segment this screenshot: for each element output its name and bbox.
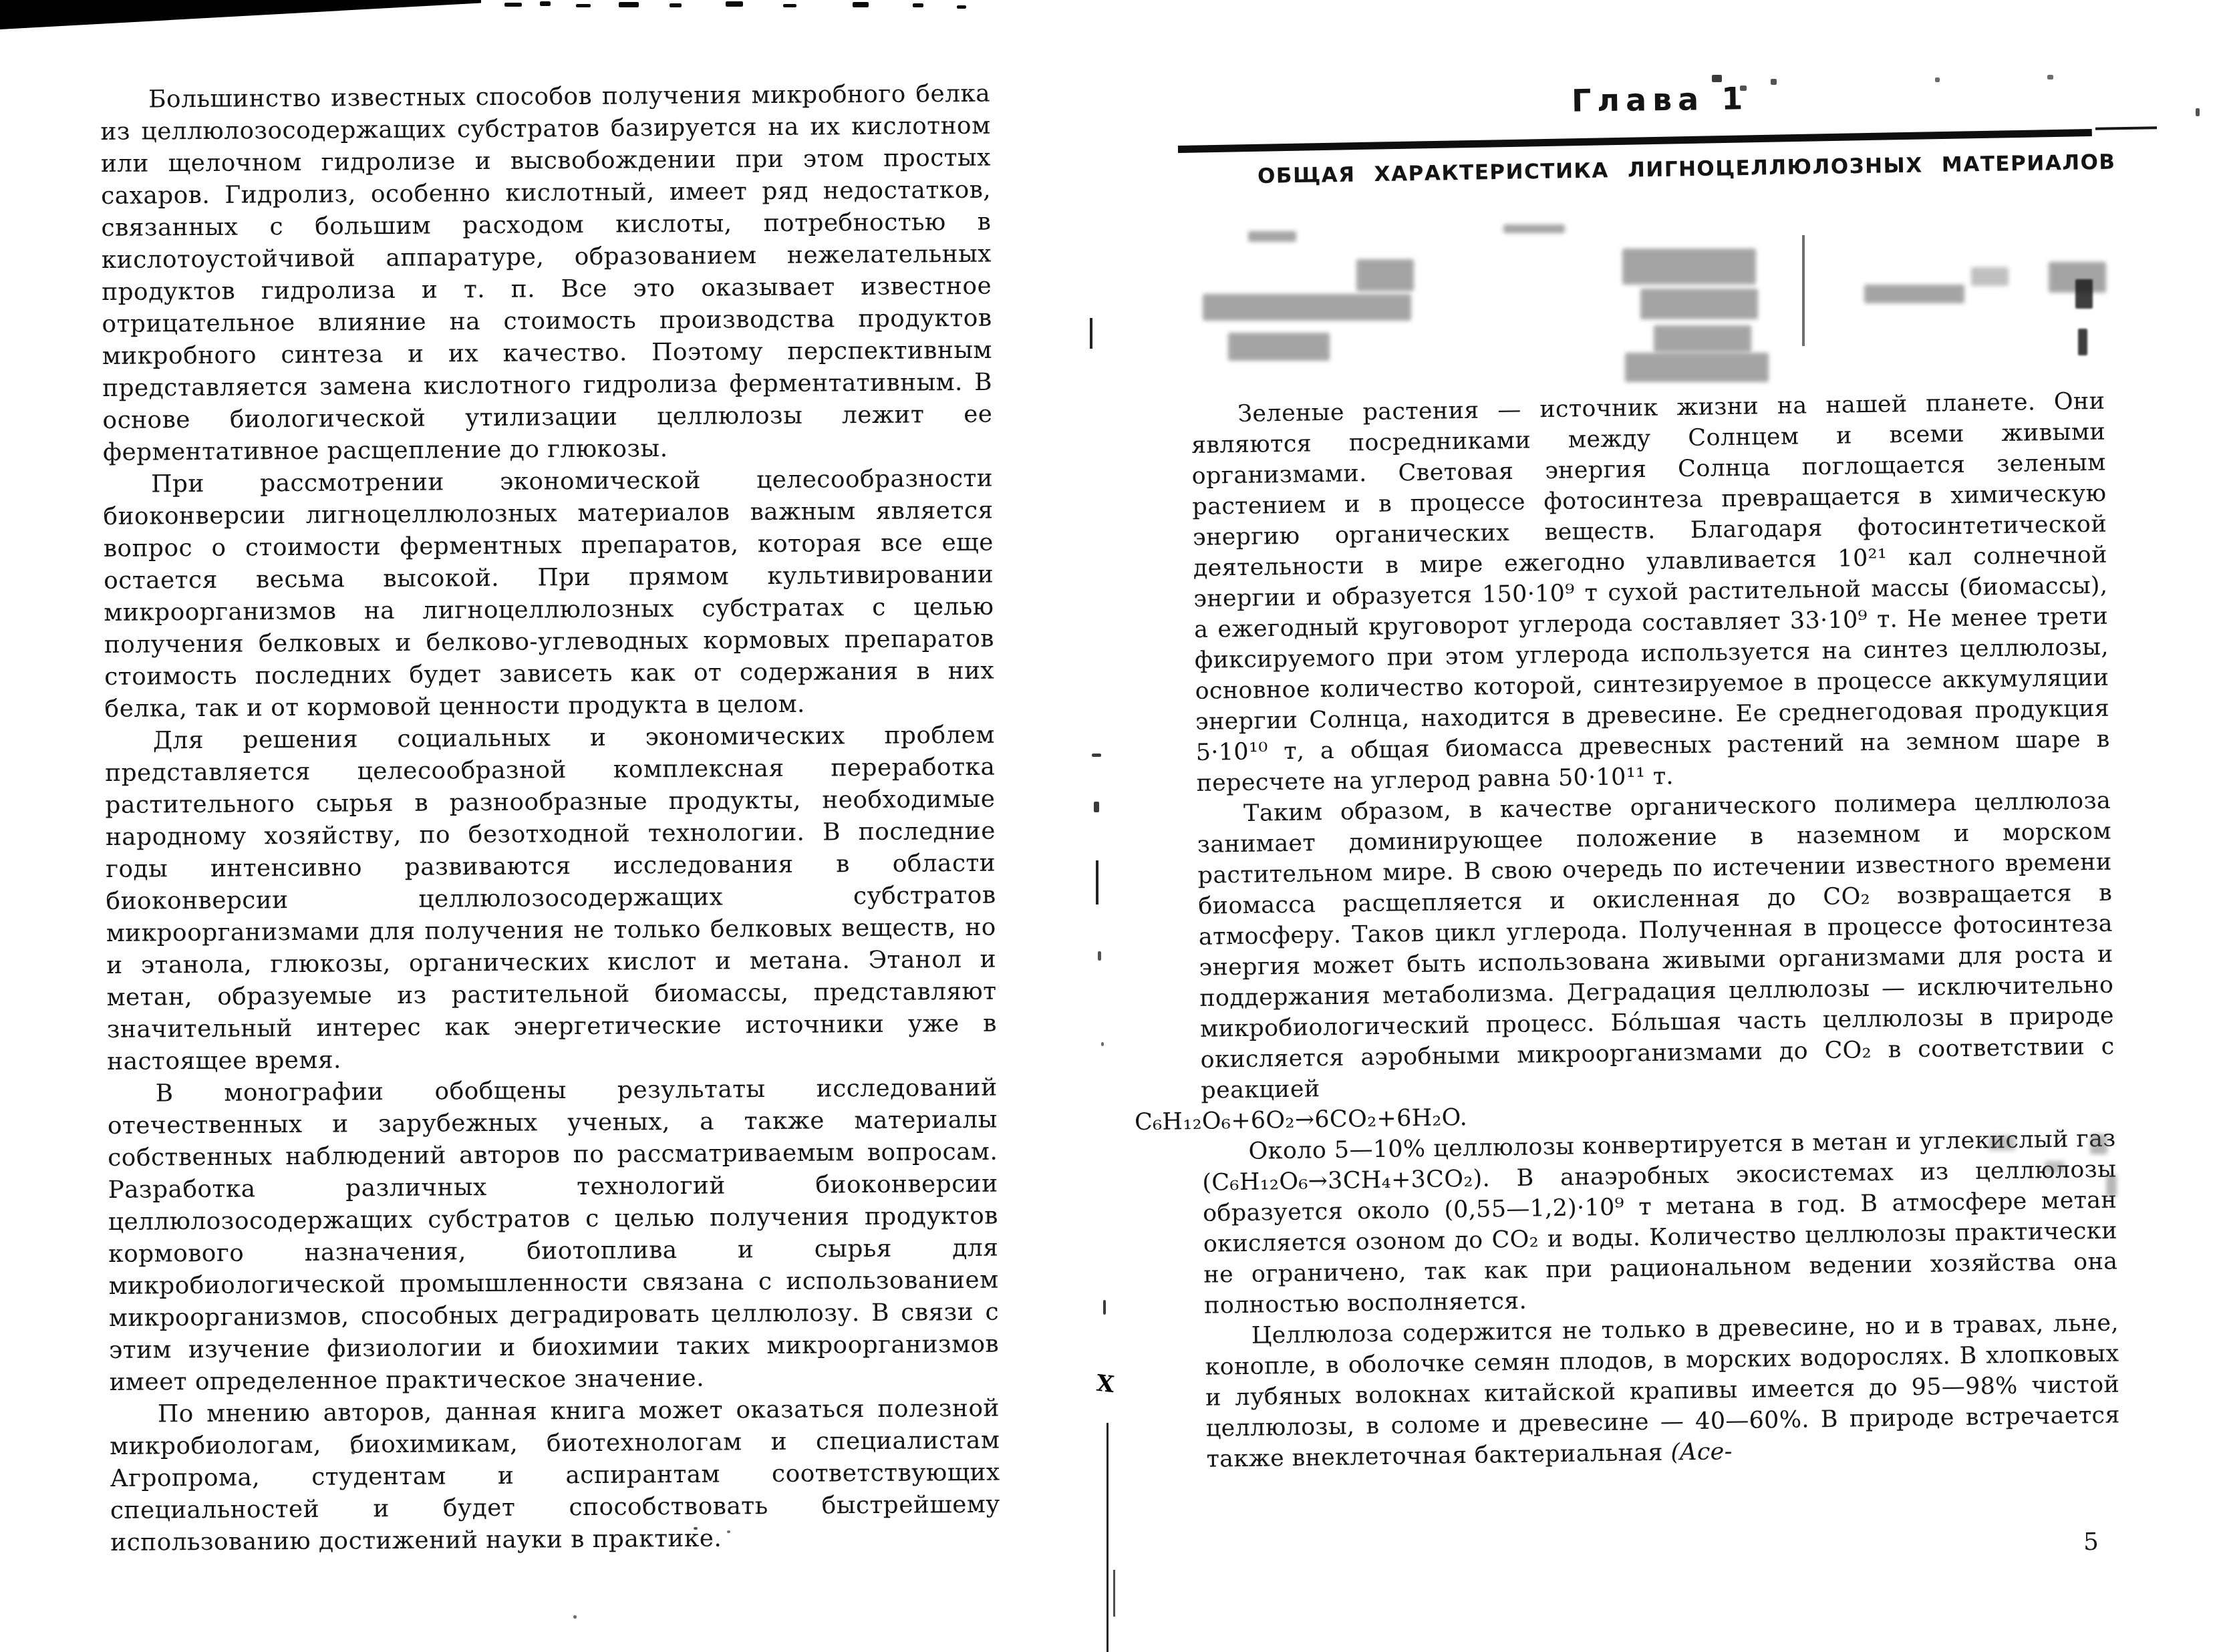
bleedthrough-smudge	[1622, 249, 1756, 285]
scan-speck	[573, 1615, 577, 1619]
chapter-heading: Глава 1	[1572, 80, 1749, 119]
left-page: Большинство известных способов получения…	[100, 78, 1000, 1560]
scan-speck	[957, 5, 966, 9]
scan-speck	[1712, 75, 1722, 82]
scan-speck	[540, 1, 551, 6]
bleedthrough-smudge	[1988, 1136, 2015, 1150]
gutter-mark	[1101, 1042, 1104, 1046]
gutter-x-mark: Х	[1095, 1370, 1115, 1399]
bleedthrough-line	[1802, 235, 1805, 346]
scan-speck	[913, 3, 923, 7]
gutter-mark	[1094, 802, 1099, 812]
scan-speck	[727, 1530, 730, 1533]
bleedthrough-smudge	[1640, 289, 1758, 319]
scan-speck	[351, 1451, 355, 1454]
right-paragraph-3: Около 5—10% целлюлозы конвертируется в м…	[1201, 1124, 2118, 1321]
scan-speck	[1740, 86, 1747, 91]
bleedthrough-smudge	[1971, 267, 2009, 286]
right-paragraph-4-italic: (Ace-	[1670, 1438, 1733, 1466]
scan-speck	[619, 2, 639, 7]
right-page-body: Зеленые растения — источник жизни на наш…	[1191, 386, 2122, 1589]
gutter-mark	[1090, 318, 1092, 349]
bleedthrough-mark	[2078, 329, 2087, 355]
bleedthrough-mark	[2075, 279, 2093, 309]
scan-artifact-top-wedge	[0, 0, 481, 29]
bleedthrough-smudge	[2090, 1134, 2107, 1154]
scan-speck	[576, 4, 591, 7]
bleedthrough-smudge	[2045, 1161, 2065, 1173]
scan-speck	[783, 4, 796, 7]
bleedthrough-smudge	[1248, 231, 1296, 242]
gutter-mark	[1103, 1300, 1106, 1315]
left-paragraph-1: Большинство известных способов получения…	[100, 78, 993, 469]
chapter-rule-tail	[2095, 126, 2157, 130]
section-title: ОБЩАЯ ХАРАКТЕРИСТИКА ЛИГНОЦЕЛЛЮЛОЗНЫХ МА…	[1258, 150, 2116, 188]
right-paragraph-1: Зеленые растения — источник жизни на наш…	[1191, 386, 2111, 799]
gutter-mark	[1098, 951, 1101, 961]
right-paragraph-4-text: Целлюлоза содержится не только в древеси…	[1205, 1310, 2120, 1473]
bleedthrough-smudge	[2106, 1174, 2117, 1197]
gutter-mark	[1092, 754, 1101, 757]
bleedthrough-smudge	[1356, 259, 1414, 291]
bleedthrough-smudge	[1228, 333, 1330, 361]
bleedthrough-smudge	[1503, 224, 1565, 233]
chapter-rule	[1178, 129, 2092, 153]
scan-speck	[853, 2, 869, 7]
right-paragraph-2: Таким образом, в качестве органического …	[1197, 786, 2115, 1106]
bleedthrough-smudge	[1203, 294, 1411, 321]
left-paragraph-2: При рассмотрении экономической целесообр…	[103, 463, 995, 725]
scan-speck	[1771, 79, 1777, 85]
scan-speck	[726, 1, 743, 7]
scan-speck	[2196, 108, 2200, 116]
gutter-mark	[1096, 860, 1098, 904]
scan-speck	[670, 3, 682, 7]
scan-speck	[2047, 75, 2053, 79]
scan-speck	[1935, 77, 1940, 82]
left-paragraph-5: По мнению авторов, данная книга может ок…	[110, 1393, 1001, 1559]
page-number: 5	[2083, 1528, 2099, 1556]
left-paragraph-3: Для решения социальных и экономических п…	[105, 719, 998, 1078]
left-paragraph-4: В монографии обобщены результаты исследо…	[107, 1072, 999, 1399]
bleedthrough-smudge	[1864, 285, 1964, 303]
scan-speck	[504, 3, 522, 7]
gutter-line	[1113, 1570, 1115, 1617]
scan-speck	[694, 1527, 698, 1530]
bleedthrough-smudge	[1654, 325, 1751, 352]
gutter-line	[1106, 1423, 1109, 1652]
bleedthrough-smudge	[1625, 353, 1769, 382]
right-paragraph-4: Целлюлоза содержится не только в древеси…	[1204, 1308, 2120, 1475]
